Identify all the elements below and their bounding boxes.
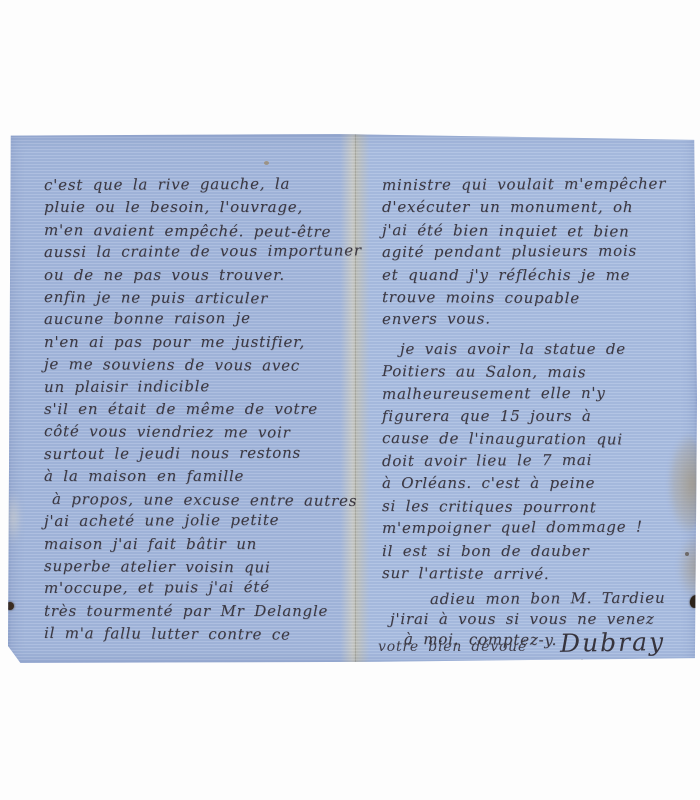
smudge-left-edge: [4, 490, 22, 546]
handwritten-line: ministre qui voulait m'empêcher: [382, 172, 697, 196]
handwritten-line: j'ai acheté une jolie petite: [44, 509, 344, 533]
handwritten-line: un plaisir indicible: [44, 374, 344, 398]
handwritten-line: malheureusement elle n'y: [382, 381, 697, 405]
handwritten-line: d'exécuter un monument, oh: [382, 196, 697, 218]
handwritten-line: agité pendant plusieurs mois: [382, 240, 697, 264]
handwritten-line: envers vous.: [382, 307, 697, 331]
wormhole-left: [6, 602, 14, 610]
handwritten-line: doit avoir lieu le 7 mai: [382, 448, 697, 472]
signature-flourish-stroke: [580, 655, 700, 673]
handwritten-line: je vais avoir la statue de: [400, 338, 697, 360]
handwritten-line: aucune bonne raison je: [44, 307, 344, 331]
left-page-text: c'est que la rive gauche, la pluie ou le…: [44, 174, 344, 645]
handwritten-line: à la maison en famille: [44, 465, 344, 487]
center-fold-crease: [340, 134, 370, 664]
handwritten-line: n'en ai pas pour me justifier,: [44, 331, 344, 353]
handwritten-line: il est si bon de dauber: [382, 540, 697, 562]
handwritten-line: sur l'artiste arrivé.: [382, 562, 697, 586]
handwritten-line: s'il en était de même de votre: [44, 398, 344, 420]
handwritten-line: c'est que la rive gauche, la: [44, 172, 344, 196]
paper-speck-top-left-page: [264, 161, 269, 165]
handwritten-line: il m'a fallu lutter contre ce: [44, 622, 344, 646]
letter-scan: c'est que la rive gauche, la pluie ou le…: [0, 0, 700, 800]
handwritten-line: m'occupe, et puis j'ai été: [44, 576, 344, 600]
handwritten-line: pluie ou le besoin, l'ouvrage,: [44, 196, 344, 218]
right-page-text: ministre qui voulait m'empêcher d'exécut…: [382, 174, 697, 651]
handwritten-line: aussi la crainte de vous importuner: [44, 240, 344, 264]
handwritten-line: à Orléans. c'est à peine: [382, 472, 697, 494]
handwritten-line: maison j'ai fait bâtir un: [44, 533, 344, 555]
closing-formula: votre bien dévoué: [378, 637, 527, 657]
letter-sheet: c'est que la rive gauche, la pluie ou le…: [8, 134, 697, 664]
handwritten-line: et quand j'y réfléchis je me: [382, 264, 697, 286]
handwritten-line: très tourmenté par Mr Delangle: [44, 600, 344, 622]
handwritten-line: m'empoigner quel dommage !: [382, 515, 697, 539]
signature-dubray: Dubray: [560, 629, 666, 657]
handwritten-line: surtout le jeudi nous restons: [44, 441, 344, 465]
handwritten-line: adieu mon bon M. Tardieu: [430, 587, 697, 611]
handwritten-line: figurera que 15 jours à: [382, 405, 697, 427]
handwritten-line: ou de ne pas vous trouver.: [44, 264, 344, 286]
